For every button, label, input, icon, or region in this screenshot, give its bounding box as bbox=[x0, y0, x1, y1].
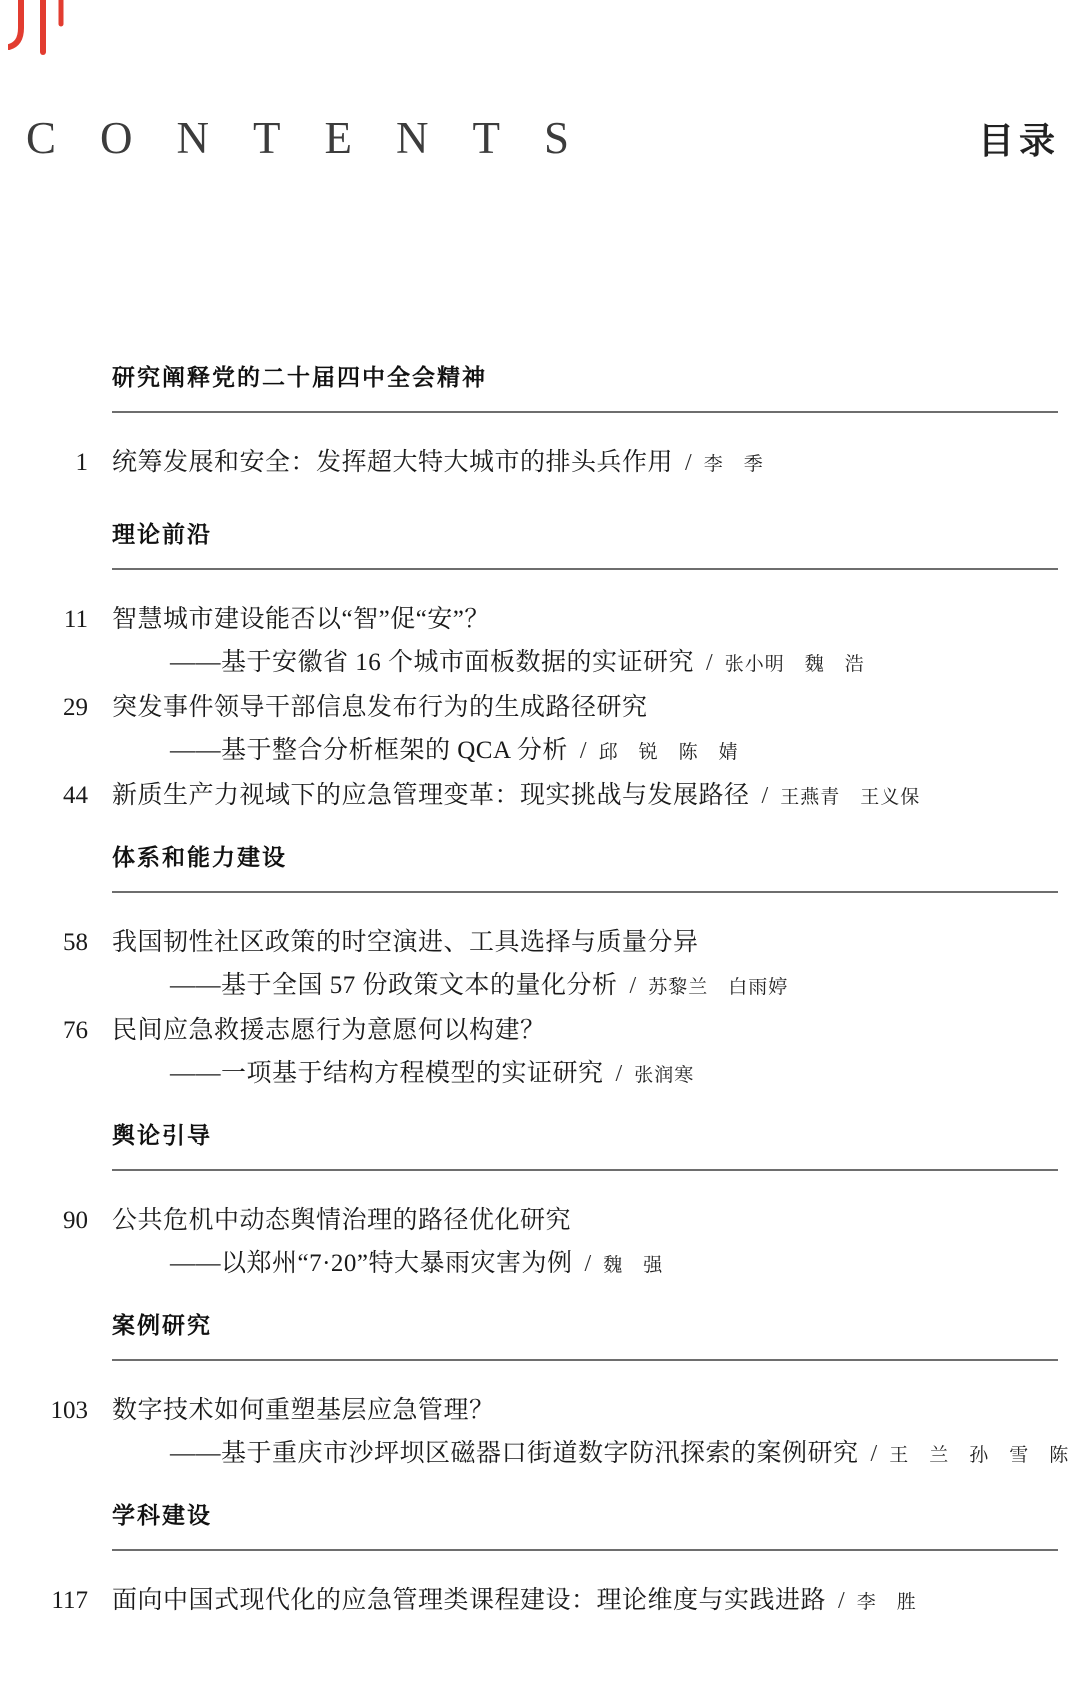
entry-line: 1统筹发展和安全：发挥超大特大城市的排头兵作用/李 季 bbox=[0, 441, 1080, 486]
entry-line: ——一项基于结构方程模型的实证研究/张润寒 bbox=[0, 1052, 1080, 1097]
section-title: 理论前沿 bbox=[112, 520, 1080, 548]
entry-list: 103数字技术如何重塑基层应急管理？——基于重庆市沙坪坝区磁器口街道数字防汛探索… bbox=[0, 1389, 1080, 1477]
entry-page-number: 76 bbox=[0, 1009, 88, 1052]
entry-authors: 张小明 魏 浩 bbox=[725, 654, 865, 675]
entry-line: 90公共危机中动态舆情治理的路径优化研究 bbox=[0, 1199, 1080, 1242]
entry-title: 新质生产力视域下的应急管理变革：现实挑战与发展路径 bbox=[112, 782, 750, 809]
entry-list: 90公共危机中动态舆情治理的路径优化研究——以郑州“7·20”特大暴雨灾害为例/… bbox=[0, 1199, 1080, 1287]
entry-list: 58我国韧性社区政策的时空演进、工具选择与质量分异——基于全国 57 份政策文本… bbox=[0, 921, 1080, 1097]
entry-authors: 邱 锐 陈 婧 bbox=[599, 742, 739, 763]
section-title: 研究阐释党的二十届四中全会精神 bbox=[112, 363, 1080, 391]
section-rule bbox=[112, 568, 1058, 570]
author-separator: / bbox=[685, 442, 692, 485]
entry-title: 我国韧性社区政策的时空演进、工具选择与质量分异 bbox=[112, 929, 699, 956]
author-separator: / bbox=[762, 775, 769, 818]
section-rule bbox=[112, 411, 1058, 413]
entry-title: 民间应急救援志愿行为意愿何以构建？ bbox=[112, 1017, 546, 1044]
entry-authors: 李 季 bbox=[704, 454, 764, 475]
author-separator: / bbox=[630, 965, 637, 1008]
toc-section: 舆论引导90公共危机中动态舆情治理的路径优化研究——以郑州“7·20”特大暴雨灾… bbox=[0, 1121, 1080, 1287]
contents-title-cn: 目录 bbox=[978, 113, 1060, 164]
section-rule bbox=[112, 1169, 1058, 1171]
entry-page-number: 11 bbox=[0, 598, 88, 641]
entry-line: 44新质生产力视域下的应急管理变革：现实挑战与发展路径/王燕青 王义保 bbox=[0, 774, 1080, 819]
red-corner-mark bbox=[8, 0, 78, 66]
entry-page-number: 44 bbox=[0, 774, 88, 817]
entry-subtitle: ——基于重庆市沙坪坝区磁器口街道数字防汛探索的案例研究 bbox=[170, 1440, 859, 1467]
entry-title: 面向中国式现代化的应急管理类课程建设：理论维度与实践进路 bbox=[112, 1587, 826, 1614]
entry-authors: 魏 强 bbox=[603, 1255, 663, 1276]
entry-subtitle: ——以郑州“7·20”特大暴雨灾害为例 bbox=[170, 1250, 573, 1277]
entry-list: 117面向中国式现代化的应急管理类课程建设：理论维度与实践进路/李 胜 bbox=[0, 1579, 1080, 1624]
entry-line: 117面向中国式现代化的应急管理类课程建设：理论维度与实践进路/李 胜 bbox=[0, 1579, 1080, 1624]
author-separator: / bbox=[580, 730, 587, 773]
entry-line: ——基于重庆市沙坪坝区磁器口街道数字防汛探索的案例研究/王 兰 孙 雪 陈 媛 bbox=[0, 1432, 1080, 1477]
section-title: 案例研究 bbox=[112, 1311, 1080, 1339]
entry-page-number: 1 bbox=[0, 441, 88, 484]
entry-line: 58我国韧性社区政策的时空演进、工具选择与质量分异 bbox=[0, 921, 1080, 964]
section-title: 体系和能力建设 bbox=[112, 843, 1080, 871]
entry-list: 1统筹发展和安全：发挥超大特大城市的排头兵作用/李 季 bbox=[0, 441, 1080, 486]
entry-line: 76民间应急救援志愿行为意愿何以构建？ bbox=[0, 1009, 1080, 1052]
entry-authors: 王燕青 王义保 bbox=[780, 787, 920, 808]
toc-section: 研究阐释党的二十届四中全会精神1统筹发展和安全：发挥超大特大城市的排头兵作用/李… bbox=[0, 363, 1080, 486]
page-header: CONTENTS 目录 bbox=[26, 112, 1060, 164]
toc-sections: 研究阐释党的二十届四中全会精神1统筹发展和安全：发挥超大特大城市的排头兵作用/李… bbox=[0, 363, 1080, 1648]
entry-page-number: 29 bbox=[0, 686, 88, 729]
entry-subtitle: ——基于安徽省 16 个城市面板数据的实证研究 bbox=[170, 649, 694, 676]
section-rule bbox=[112, 891, 1058, 893]
section-rule bbox=[112, 1359, 1058, 1361]
entry-line: ——基于全国 57 份政策文本的量化分析/苏黎兰 白雨婷 bbox=[0, 964, 1080, 1009]
entry-authors: 苏黎兰 白雨婷 bbox=[648, 977, 788, 998]
entry-page-number: 58 bbox=[0, 921, 88, 964]
author-separator: / bbox=[706, 642, 713, 685]
section-rule bbox=[112, 1549, 1058, 1551]
entry-authors: 王 兰 孙 雪 陈 媛 bbox=[889, 1445, 1080, 1466]
toc-section: 案例研究103数字技术如何重塑基层应急管理？——基于重庆市沙坪坝区磁器口街道数字… bbox=[0, 1311, 1080, 1477]
entry-title: 统筹发展和安全：发挥超大特大城市的排头兵作用 bbox=[112, 449, 673, 476]
author-separator: / bbox=[585, 1243, 592, 1286]
contents-title-en: CONTENTS bbox=[26, 112, 613, 164]
entry-line: ——基于整合分析框架的 QCA 分析/邱 锐 陈 婧 bbox=[0, 729, 1080, 774]
entry-line: ——基于安徽省 16 个城市面板数据的实证研究/张小明 魏 浩 bbox=[0, 641, 1080, 686]
entry-title: 公共危机中动态舆情治理的路径优化研究 bbox=[112, 1207, 571, 1234]
entry-page-number: 90 bbox=[0, 1199, 88, 1242]
entry-line: 29突发事件领导干部信息发布行为的生成路径研究 bbox=[0, 686, 1080, 729]
toc-section: 体系和能力建设58我国韧性社区政策的时空演进、工具选择与质量分异——基于全国 5… bbox=[0, 843, 1080, 1097]
entry-list: 11智慧城市建设能否以“智”促“安”？——基于安徽省 16 个城市面板数据的实证… bbox=[0, 598, 1080, 819]
entry-subtitle: ——基于整合分析框架的 QCA 分析 bbox=[170, 737, 568, 764]
toc-section: 理论前沿11智慧城市建设能否以“智”促“安”？——基于安徽省 16 个城市面板数… bbox=[0, 520, 1080, 819]
entry-page-number: 103 bbox=[0, 1389, 88, 1432]
toc-section: 学科建设117面向中国式现代化的应急管理类课程建设：理论维度与实践进路/李 胜 bbox=[0, 1501, 1080, 1624]
author-separator: / bbox=[838, 1580, 845, 1623]
entry-title: 数字技术如何重塑基层应急管理？ bbox=[112, 1397, 495, 1424]
toc-page: CONTENTS 目录 研究阐释党的二十届四中全会精神1统筹发展和安全：发挥超大… bbox=[0, 0, 1080, 1684]
entry-line: ——以郑州“7·20”特大暴雨灾害为例/魏 强 bbox=[0, 1242, 1080, 1287]
entry-title: 突发事件领导干部信息发布行为的生成路径研究 bbox=[112, 694, 648, 721]
entry-subtitle: ——基于全国 57 份政策文本的量化分析 bbox=[170, 972, 618, 999]
author-separator: / bbox=[871, 1433, 878, 1476]
entry-authors: 张润寒 bbox=[634, 1065, 694, 1086]
entry-title: 智慧城市建设能否以“智”促“安”？ bbox=[112, 606, 490, 633]
entry-subtitle: ——一项基于结构方程模型的实证研究 bbox=[170, 1060, 604, 1087]
entry-line: 11智慧城市建设能否以“智”促“安”？ bbox=[0, 598, 1080, 641]
entry-line: 103数字技术如何重塑基层应急管理？ bbox=[0, 1389, 1080, 1432]
section-title: 舆论引导 bbox=[112, 1121, 1080, 1149]
section-title: 学科建设 bbox=[112, 1501, 1080, 1529]
author-separator: / bbox=[616, 1053, 623, 1096]
entry-page-number: 117 bbox=[0, 1579, 88, 1622]
entry-authors: 李 胜 bbox=[857, 1592, 917, 1613]
